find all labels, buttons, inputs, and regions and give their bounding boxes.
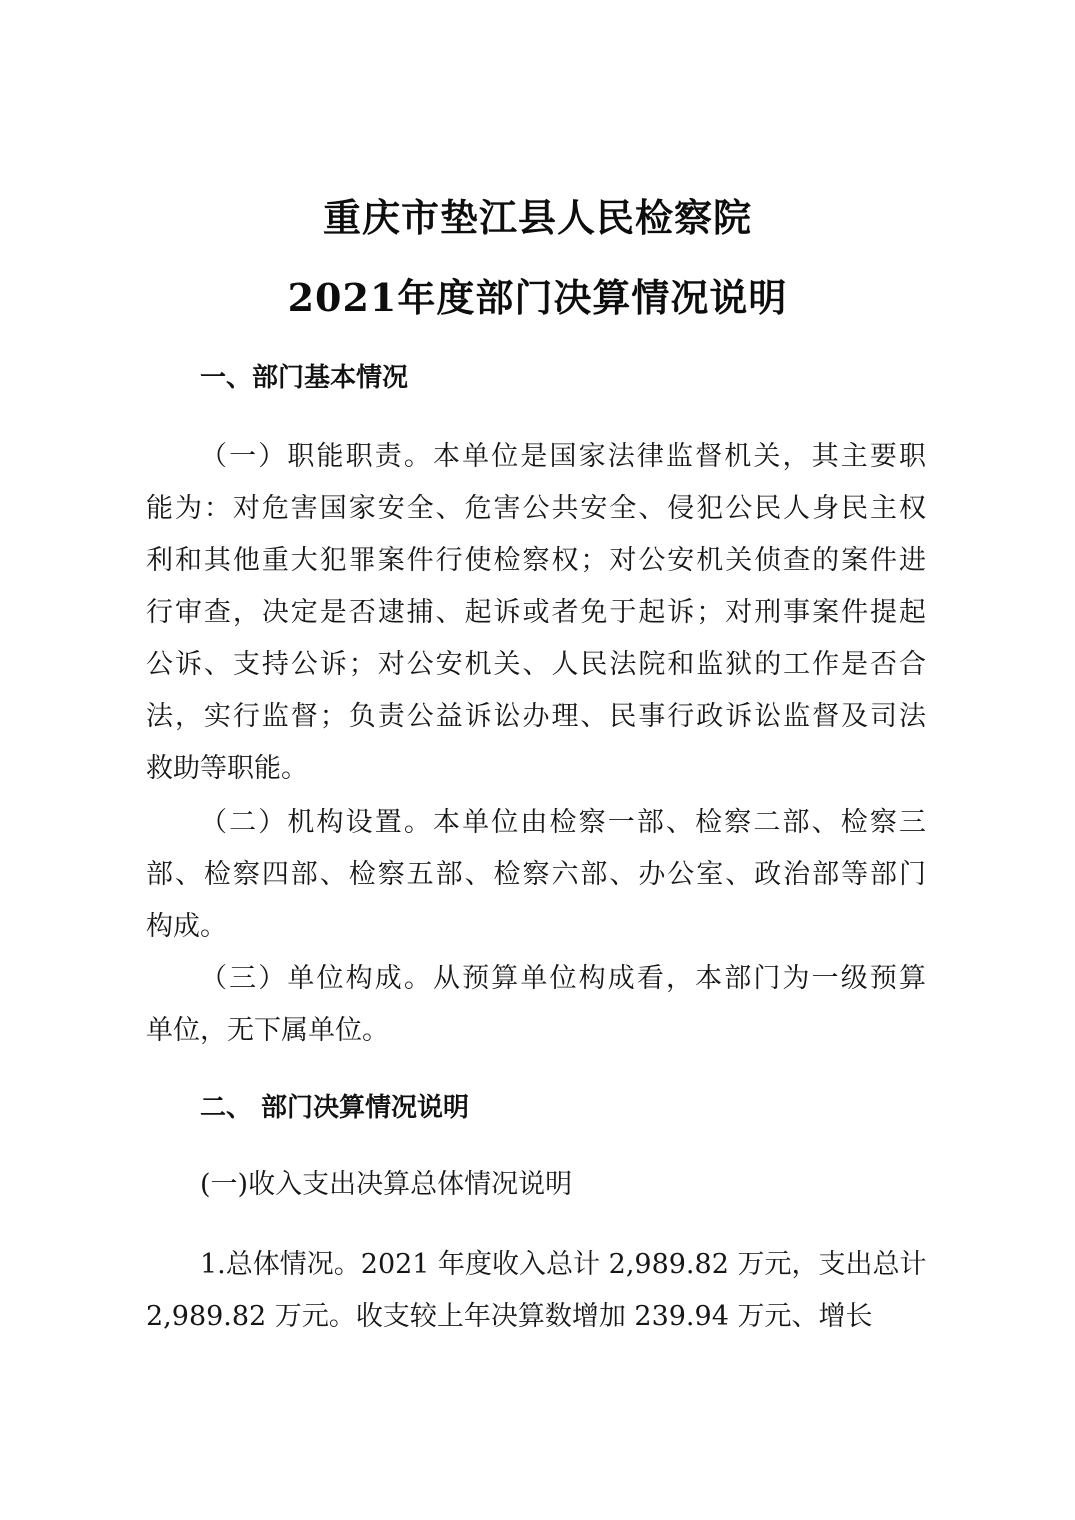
paragraph-line: （二）机构设置。本单位由检察一部、检察二部、检察三 bbox=[200, 806, 926, 840]
paragraph-line: 部、检察四部、检察五部、检察六部、办公室、政治部等部门 bbox=[146, 858, 926, 892]
paragraph-line: 行审查，决定是否逮捕、起诉或者免于起诉；对刑事案件提起 bbox=[146, 596, 926, 630]
document-title-line1: 重庆市垫江县人民检察院 bbox=[0, 196, 1075, 240]
document-title-line2: 2021年度部门决算情况说明 bbox=[0, 276, 1075, 320]
paragraph-line: 构成。 bbox=[146, 910, 926, 944]
paragraph-line: （一）职能职责。本单位是国家法律监督机关，其主要职 bbox=[200, 440, 926, 474]
paragraph-line: （三）单位构成。从预算单位构成看，本部门为一级预算 bbox=[200, 962, 926, 996]
paragraph-line: 1.总体情况。2021 年度收入总计 2,989.82 万元，支出总计 bbox=[200, 1248, 926, 1282]
section2-heading: 二、 部门决算情况说明 bbox=[200, 1092, 469, 1124]
paragraph-line: 公诉、支持公诉；对公安机关、人民法院和监狱的工作是否合 bbox=[146, 648, 926, 682]
paragraph-line: 法，实行监督；负责公益诉讼办理、民事行政诉讼监督及司法 bbox=[146, 700, 926, 734]
paragraph-line: 能为：对危害国家安全、危害公共安全、侵犯公民人身民主权 bbox=[146, 492, 926, 526]
paragraph-line: 单位，无下属单位。 bbox=[146, 1014, 926, 1048]
section1-heading: 一、部门基本情况 bbox=[200, 362, 408, 394]
document-page: 重庆市垫江县人民检察院 2021年度部门决算情况说明 一、部门基本情况 （一）职… bbox=[0, 0, 1075, 1520]
paragraph-line: 救助等职能。 bbox=[146, 752, 926, 786]
paragraph-line: 2,989.82 万元。收支较上年决算数增加 239.94 万元、增长 bbox=[146, 1300, 926, 1334]
paragraph-line: 利和其他重大犯罪案件行使检察权；对公安机关侦查的案件进 bbox=[146, 544, 926, 578]
section2-subheading: (一)收入支出决算总体情况说明 bbox=[200, 1168, 572, 1202]
